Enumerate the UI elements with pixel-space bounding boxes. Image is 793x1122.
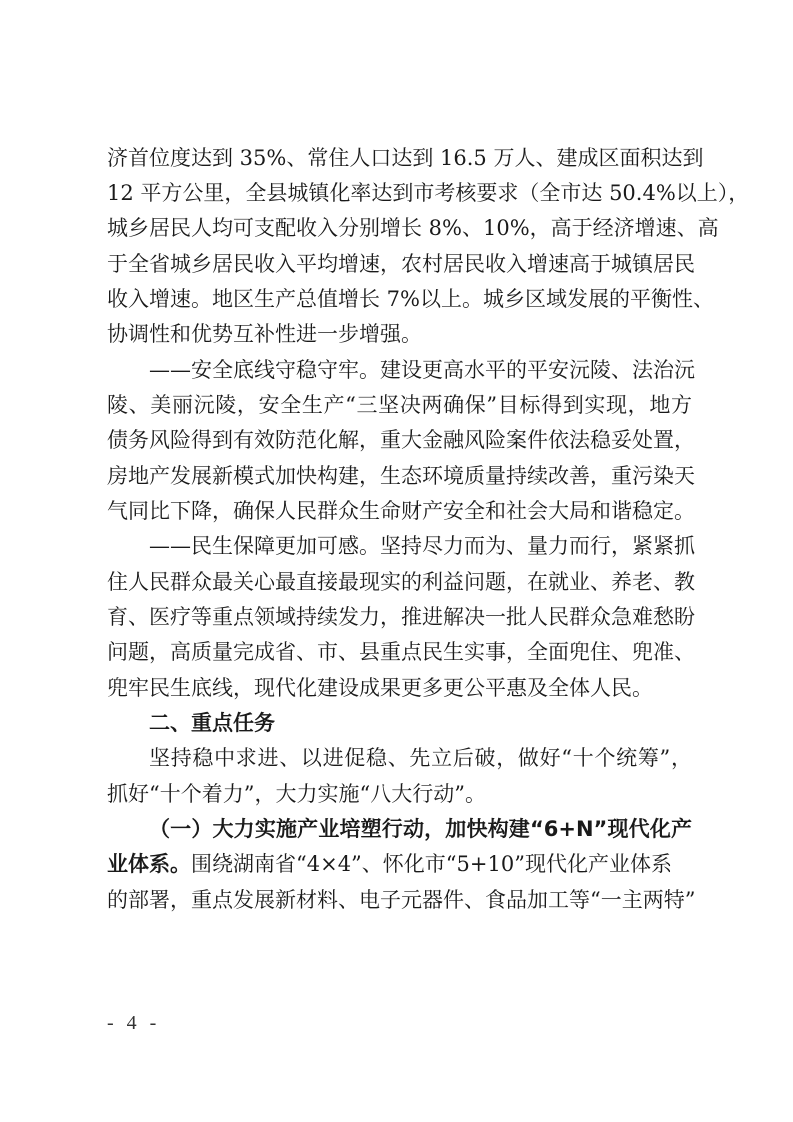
text-line: 气同比下降，确保人民群众生命财产安全和社会大局和谐稳定。 bbox=[107, 494, 692, 529]
text-line: 12 平方公里，全县城镇化率达到市考核要求（全市达 50.4%以上）， bbox=[107, 176, 692, 211]
text-line: 业体系。围绕湖南省“4×4”、怀化市“5+10”现代化产业体系 bbox=[107, 847, 692, 882]
text-line: 兜牢民生底线，现代化建设成果更多更公平惠及全体人民。 bbox=[107, 671, 692, 706]
text-line: 坚持稳中求进、以进促稳、先立后破，做好“十个统筹”， bbox=[149, 741, 692, 776]
subsection-heading: （一）大力实施产业培塑行动，加快构建“6+N”现代化产 bbox=[149, 812, 692, 847]
text-line: 债务风险得到有效防范化解，重大金融风险案件依法稳妥处置， bbox=[107, 423, 692, 458]
text-line: 济首位度达到 35%、常住人口达到 16.5 万人、建成区面积达到 bbox=[107, 141, 692, 176]
text-line: ——民生保障更加可感。坚持尽力而为、量力而行，紧紧抓 bbox=[149, 529, 692, 564]
text-line: 收入增速。地区生产总值增长 7%以上。城乡区域发展的平衡性、 bbox=[107, 282, 692, 317]
text-line: 协调性和优势互补性进一步增强。 bbox=[107, 317, 692, 352]
text-line: 育、医疗等重点领域持续发力，推进解决一批人民群众急难愁盼 bbox=[107, 600, 692, 635]
document-page: 济首位度达到 35%、常住人口达到 16.5 万人、建成区面积达到 12 平方公… bbox=[0, 0, 793, 1122]
section-heading: 二、重点任务 bbox=[149, 706, 275, 741]
page-number: - 4 - bbox=[107, 1012, 160, 1035]
text-line: 陵、美丽沅陵，安全生产“三坚决两确保”目标得到实现，地方 bbox=[107, 388, 692, 423]
text-line: ——安全底线守稳守牢。建设更高水平的平安沅陵、法治沅 bbox=[149, 353, 692, 388]
text-line: 问题，高质量完成省、市、县重点民生实事，全面兜住、兜准、 bbox=[107, 635, 692, 670]
subsection-heading-tail: 业体系。 bbox=[107, 852, 191, 876]
text-line: 抓好“十个着力”，大力实施“八大行动”。 bbox=[107, 777, 692, 812]
text-line: 的部署，重点发展新材料、电子元器件、食品加工等“一主两特” bbox=[107, 883, 692, 918]
text-line: 房地产发展新模式加快构建，生态环境质量持续改善，重污染天 bbox=[107, 459, 692, 494]
text-span: 围绕湖南省“4×4”、怀化市“5+10”现代化产业体系 bbox=[191, 852, 672, 876]
text-line: 于全省城乡居民收入平均增速，农村居民收入增速高于城镇居民 bbox=[107, 247, 692, 282]
text-line: 城乡居民人均可支配收入分别增长 8%、10%，高于经济增速、高 bbox=[107, 211, 692, 246]
text-line: 住人民群众最关心最直接最现实的利益问题，在就业、养老、教 bbox=[107, 565, 692, 600]
